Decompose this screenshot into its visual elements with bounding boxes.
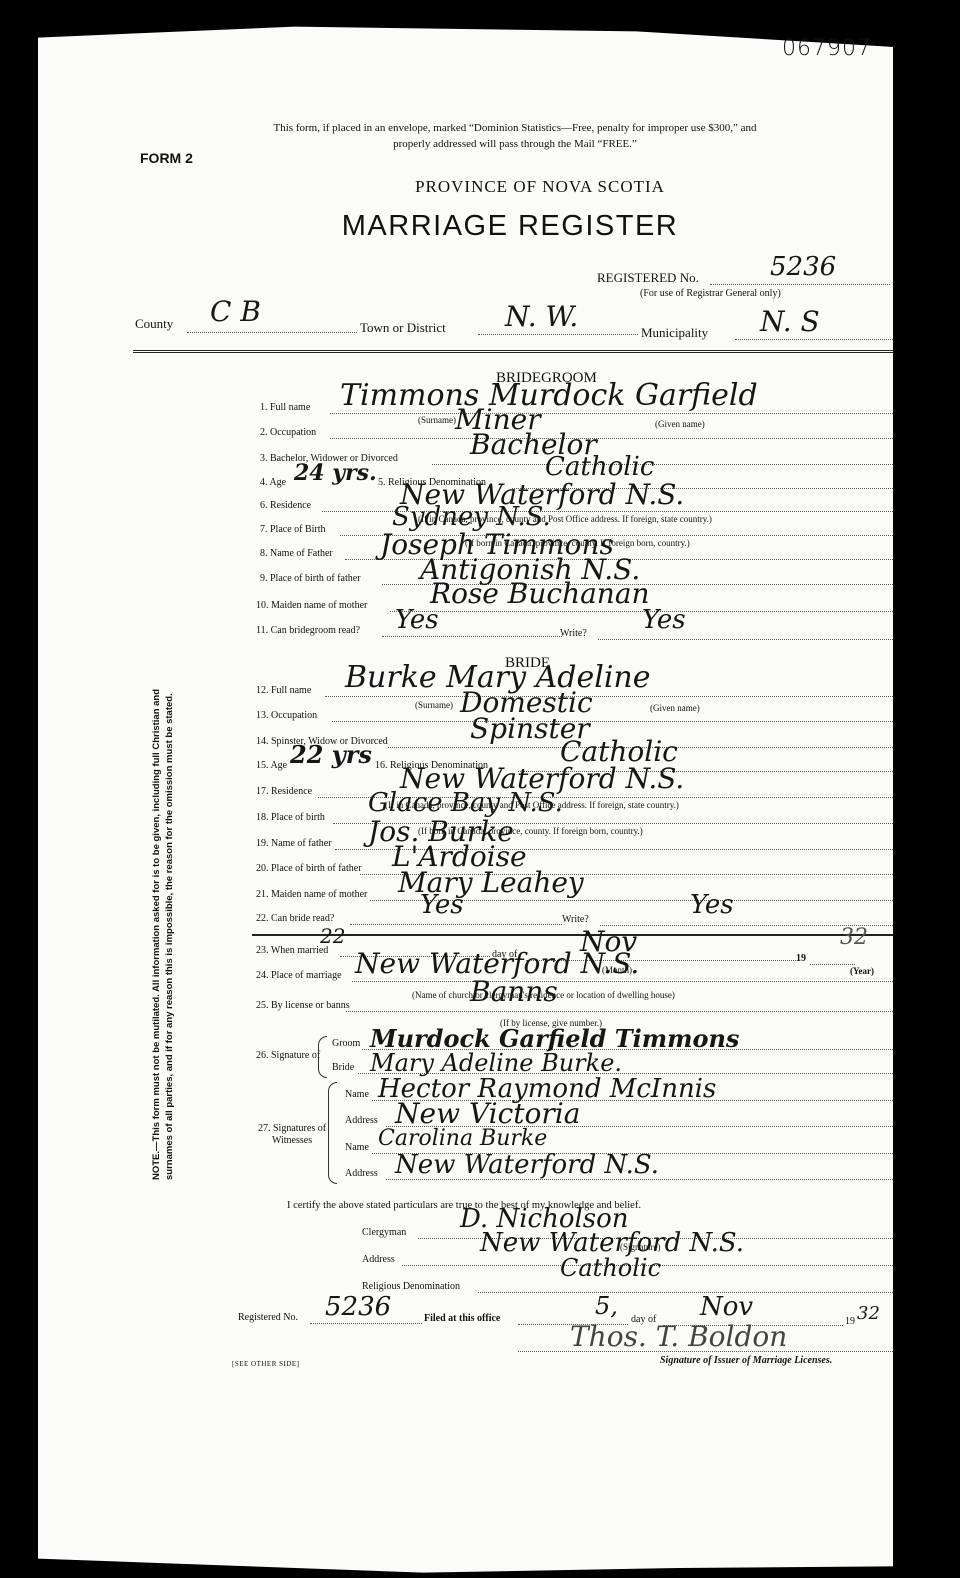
groom-age-label: 4. Age bbox=[260, 477, 286, 488]
town-line bbox=[478, 334, 638, 335]
groom-occupation-label: 2. Occupation bbox=[260, 427, 316, 438]
witness2-address-label: Address bbox=[345, 1168, 378, 1179]
clergyman-religion-label: Religious Denomination bbox=[362, 1281, 460, 1292]
bride-age-label: 15. Age bbox=[256, 760, 287, 771]
groom-birthplace-label: 7. Place of Birth bbox=[260, 524, 326, 535]
license-or-banns-value: Banns bbox=[470, 975, 558, 1008]
when-married-year-prefix: 19 bbox=[796, 953, 806, 964]
clergyman-religion-line bbox=[478, 1292, 893, 1293]
when-married-year-line bbox=[810, 964, 855, 965]
bride-read-value: Yes bbox=[420, 890, 464, 920]
groom-given-hint: (Given name) bbox=[655, 419, 705, 429]
mailing-notice-line2: properly addressed will pass through the… bbox=[140, 136, 890, 152]
place-of-marriage-line bbox=[352, 981, 893, 982]
groom-father-label: 8. Name of Father bbox=[260, 548, 333, 559]
bride-full-name-label: 12. Full name bbox=[256, 685, 311, 696]
bride-write-label: Write? bbox=[562, 914, 589, 925]
groom-residence-label: 6. Residence bbox=[260, 500, 311, 511]
county-label: County bbox=[135, 316, 173, 332]
when-married-year-hint: (Year) bbox=[850, 966, 874, 976]
bride-full-name-line bbox=[325, 696, 893, 697]
bride-father-label: 19. Name of father bbox=[256, 838, 332, 849]
header-divider bbox=[133, 350, 893, 353]
groom-read-line bbox=[382, 636, 562, 637]
bride-occupation-line bbox=[332, 721, 893, 722]
witnesses-brace bbox=[328, 1082, 337, 1184]
witness2-address-value: New Waterford N.S. bbox=[395, 1150, 659, 1180]
town-label: Town or District bbox=[360, 320, 446, 336]
filed-year-prefix: 19 bbox=[845, 1316, 855, 1327]
bride-read-line bbox=[350, 924, 562, 925]
filed-day-value: 5, bbox=[595, 1292, 618, 1320]
mailing-notice: This form, if placed in an envelope, mar… bbox=[140, 120, 890, 152]
archive-number: 067907 bbox=[782, 36, 872, 61]
witness1-address-label: Address bbox=[345, 1115, 378, 1126]
groom-full-name-label: 1. Full name bbox=[260, 402, 310, 413]
form-number: FORM 2 bbox=[140, 150, 193, 166]
filing-registered-line bbox=[310, 1323, 422, 1324]
bride-occupation-label: 13. Occupation bbox=[256, 710, 317, 721]
groom-mother-label: 10. Maiden name of mother bbox=[256, 600, 367, 611]
signature-of-label: 26. Signature of bbox=[256, 1050, 320, 1061]
county-value: C B bbox=[210, 295, 261, 328]
municipality-line bbox=[735, 339, 893, 340]
groom-write-line bbox=[598, 639, 893, 640]
groom-full-name-value: Timmons Murdock Garfield bbox=[340, 378, 758, 413]
bride-read-label: 22. Can bride read? bbox=[256, 913, 334, 924]
registered-number-value: 5236 bbox=[770, 252, 836, 282]
when-married-label: 23. When married bbox=[256, 945, 328, 956]
witness2-name-value: Carolina Burke bbox=[378, 1126, 547, 1151]
signature-brace bbox=[318, 1036, 327, 1078]
bride-surname-hint: (Surname) bbox=[415, 700, 453, 710]
groom-father-birth-label: 9. Place of birth of father bbox=[260, 573, 361, 584]
license-or-banns-label: 25. By license or banns bbox=[256, 1000, 350, 1011]
province-heading: PROVINCE OF NOVA SCOTIA bbox=[140, 177, 940, 197]
clergyman-religion-value: Catholic bbox=[560, 1254, 661, 1282]
municipality-value: N. S bbox=[760, 305, 820, 338]
groom-full-name-line bbox=[330, 413, 893, 414]
groom-write-label: Write? bbox=[560, 628, 587, 639]
when-married-day-value: 22 bbox=[320, 924, 345, 948]
groom-read-label: 11. Can bridegroom read? bbox=[256, 625, 360, 636]
bride-age-value: 22 yrs bbox=[290, 740, 372, 769]
when-married-year-value: 32 bbox=[840, 925, 868, 950]
page-title: MARRIAGE REGISTER bbox=[140, 210, 880, 243]
bride-given-hint: (Given name) bbox=[650, 703, 700, 713]
bride-mother-label: 21. Maiden name of mother bbox=[256, 889, 367, 900]
filing-registered-label: Registered No. bbox=[238, 1312, 298, 1323]
clergyman-label: Clergyman bbox=[362, 1227, 406, 1238]
registered-number-label: REGISTERED No. bbox=[597, 270, 699, 286]
clergyman-address-label: Address bbox=[362, 1254, 395, 1265]
town-value: N. W. bbox=[505, 300, 578, 333]
filed-month-value: Nov bbox=[700, 1292, 753, 1322]
side-note-line1: NOTE.—This form must not be mutilated. A… bbox=[150, 689, 163, 1180]
license-or-banns-line bbox=[346, 1011, 893, 1012]
bride-signature-value: Mary Adeline Burke. bbox=[370, 1049, 622, 1077]
bride-residence-label: 17. Residence bbox=[256, 786, 312, 797]
groom-surname-hint: (Surname) bbox=[418, 415, 456, 425]
groom-write-value: Yes bbox=[642, 605, 686, 635]
bride-birthplace-label: 18. Place of birth bbox=[256, 812, 325, 823]
bride-birthplace-value: Glace Bay N.S. bbox=[368, 788, 563, 818]
mailing-notice-line1: This form, if placed in an envelope, mar… bbox=[140, 120, 890, 136]
bride-divider bbox=[252, 934, 893, 936]
place-of-marriage-label: 24. Place of marriage bbox=[256, 970, 342, 981]
registered-number-line bbox=[710, 284, 890, 285]
groom-mother-value: Rose Buchanan bbox=[430, 577, 650, 610]
filing-registered-value: 5236 bbox=[325, 1292, 391, 1322]
witness1-name-label: Name bbox=[345, 1089, 369, 1100]
side-note: NOTE.—This form must not be mutilated. A… bbox=[150, 689, 176, 1180]
groom-read-value: Yes bbox=[395, 605, 439, 635]
groom-age-value: 24 yrs. bbox=[294, 460, 377, 486]
bride-father-birth-label: 20. Place of birth of father bbox=[256, 863, 362, 874]
registered-number-note: (For use of Registrar General only) bbox=[640, 288, 781, 299]
county-line bbox=[187, 332, 357, 333]
witnesses-label: 27. Signatures of Witnesses bbox=[258, 1123, 326, 1147]
bride-write-value: Yes bbox=[690, 890, 734, 920]
municipality-label: Municipality bbox=[641, 325, 708, 341]
witnesses-label-line1: 27. Signatures of bbox=[258, 1123, 326, 1135]
side-note-line2: surnames of all parties, and if for any … bbox=[163, 689, 176, 1180]
issuer-signature-hint: Signature of Issuer of Marriage Licenses… bbox=[660, 1355, 832, 1366]
filed-at-office-label: Filed at this office bbox=[424, 1313, 500, 1324]
filed-year-value: 32 bbox=[857, 1303, 880, 1324]
issuer-signature-value: Thos. T. Boldon bbox=[570, 1320, 787, 1353]
groom-occupation-line bbox=[330, 438, 893, 439]
groom-signature-label: Groom bbox=[332, 1038, 360, 1049]
witness2-name-label: Name bbox=[345, 1142, 369, 1153]
bride-signature-label: Bride bbox=[332, 1062, 354, 1073]
see-other-side-note: [SEE OTHER SIDE] bbox=[232, 1360, 300, 1368]
groom-status-line bbox=[432, 464, 893, 465]
witnesses-label-line2: Witnesses bbox=[258, 1135, 326, 1147]
